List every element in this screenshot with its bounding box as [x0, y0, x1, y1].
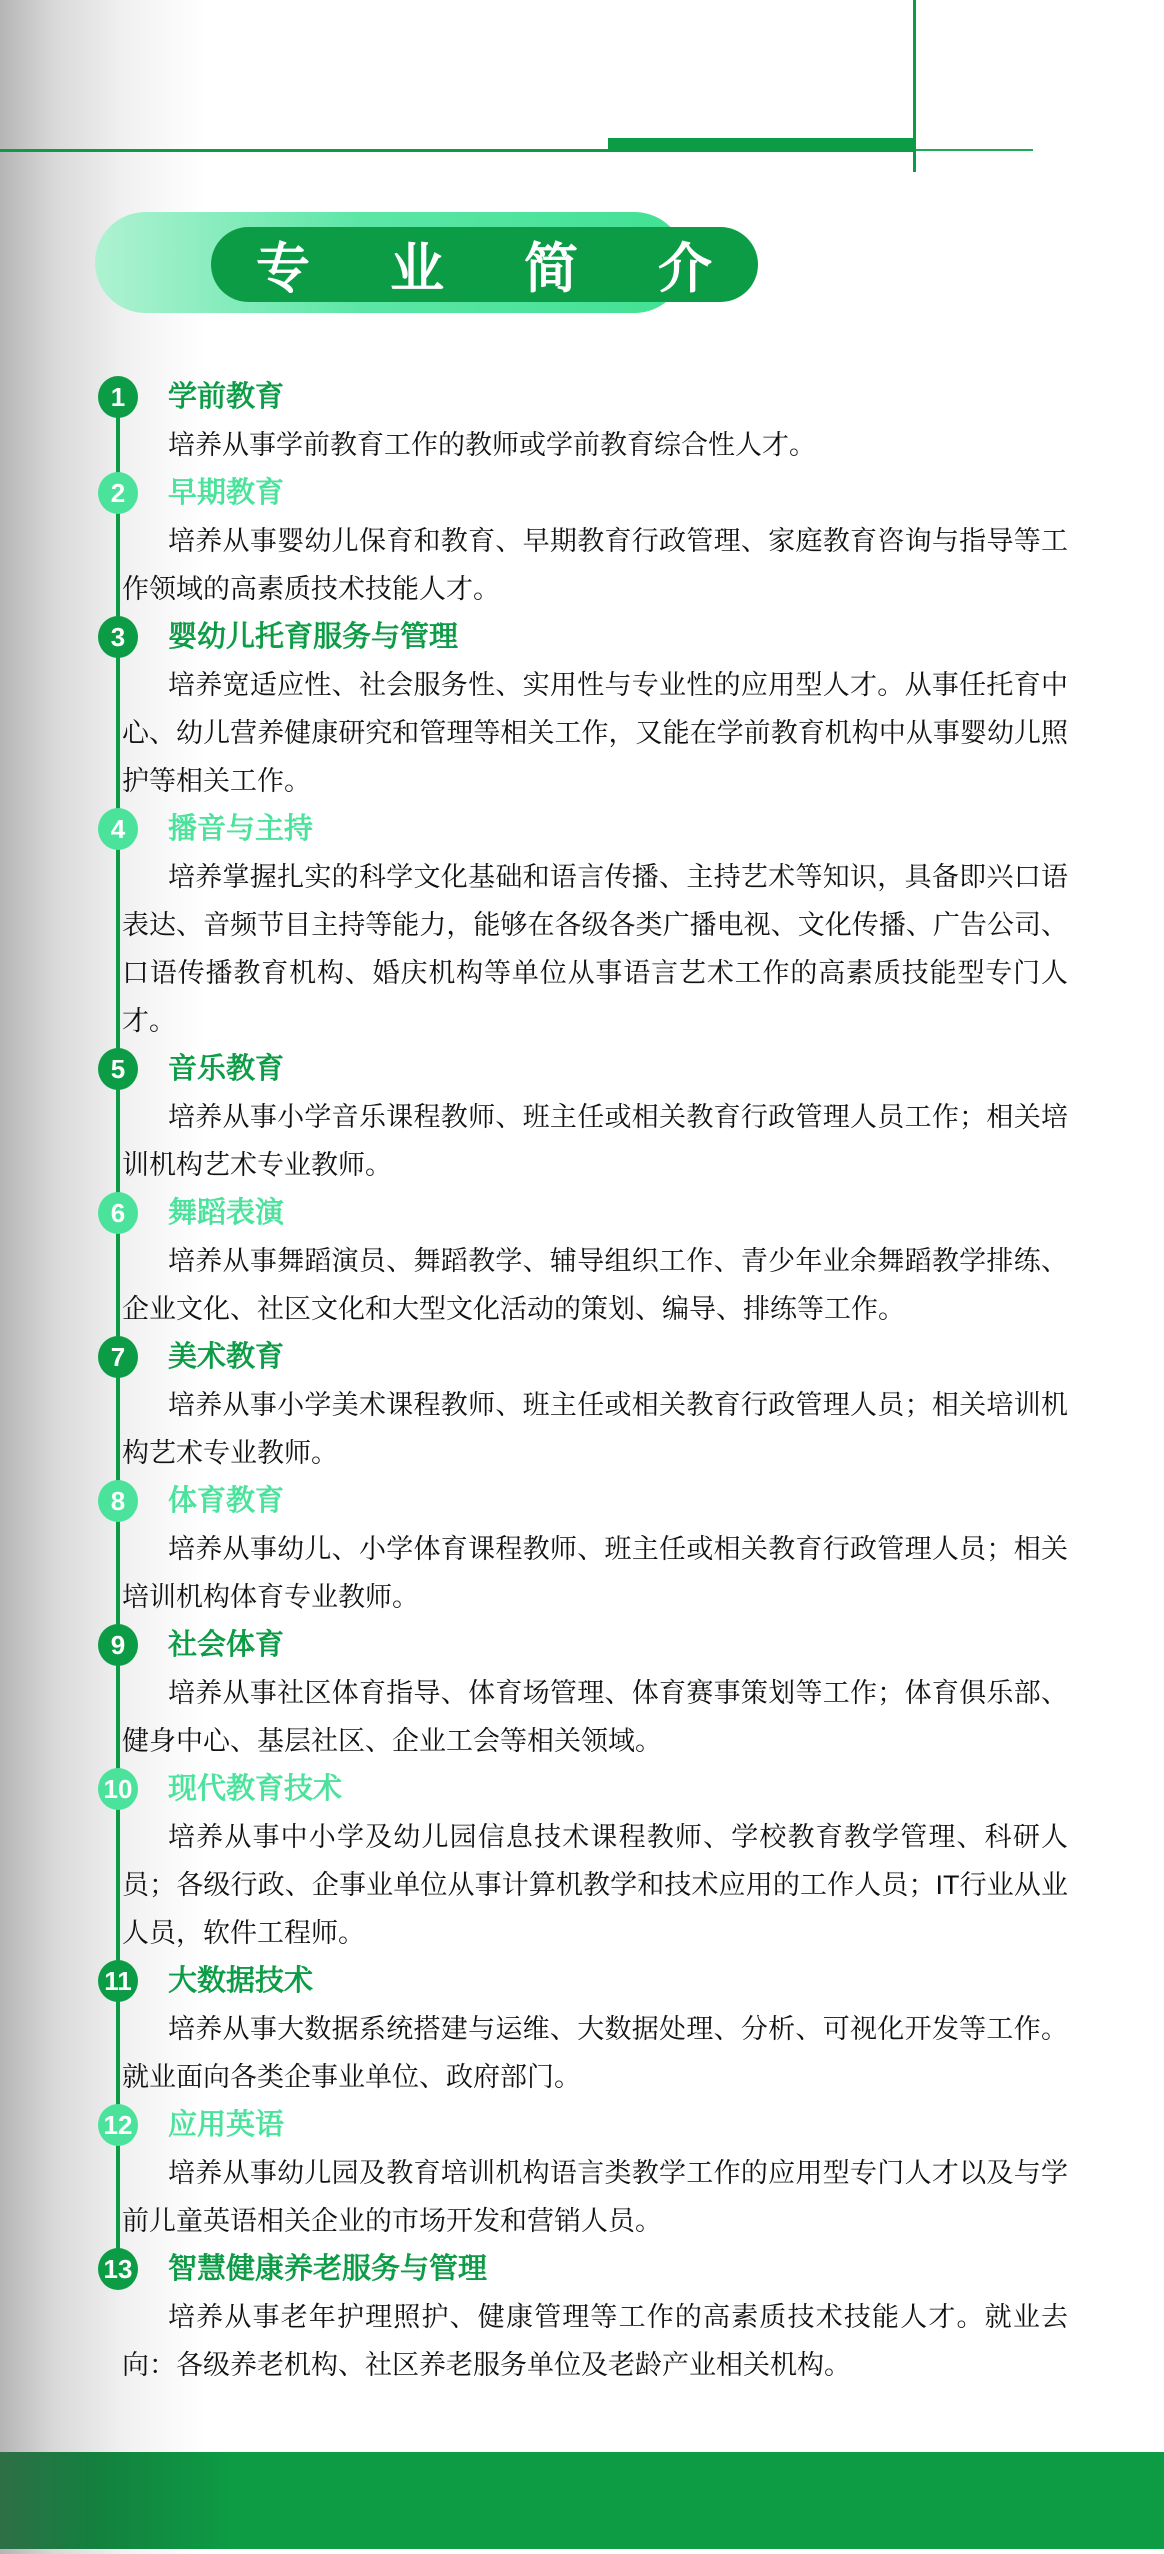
- number-label: 12: [104, 2112, 133, 2138]
- section-title: 专 业 简 介: [256, 226, 725, 303]
- major-title: 大数据技术: [168, 1957, 1068, 2005]
- major-title: 体育教育: [168, 1477, 1068, 1525]
- major-item: 12 应用英语 培养从事幼儿园及教育培训机构语言类教学工作的应用型专门人才以及与…: [122, 2101, 1068, 2245]
- major-description: 培养掌握扎实的科学文化基础和语言传播、主持艺术等知识，具备即兴口语表达、音频节目…: [122, 853, 1068, 1045]
- number-label: 6: [111, 1200, 125, 1226]
- top-right-bar: [608, 138, 916, 152]
- number-badge: 8: [98, 1480, 138, 1522]
- number-badge: 4: [98, 808, 138, 850]
- major-description: 培养从事婴幼儿保育和教育、早期教育行政管理、家庭教育咨询与指导等工作领域的高素质…: [122, 517, 1068, 613]
- major-item: 3 婴幼儿托育服务与管理 培养宽适应性、社会服务性、实用性与专业性的应用型人才。…: [122, 613, 1068, 805]
- major-title: 音乐教育: [168, 1045, 1068, 1093]
- major-item: 10 现代教育技术 培养从事中小学及幼儿园信息技术课程教师、学校教育教学管理、科…: [122, 1765, 1068, 1957]
- major-title: 早期教育: [168, 469, 1068, 517]
- major-item: 4 播音与主持 培养掌握扎实的科学文化基础和语言传播、主持艺术等知识，具备即兴口…: [122, 805, 1068, 1045]
- number-badge: 12: [98, 2104, 138, 2146]
- major-item: 13 智慧健康养老服务与管理 培养从事老年护理照护、健康管理等工作的高素质技术技…: [122, 2245, 1068, 2389]
- section-header: 专 业 简 介: [211, 227, 758, 302]
- major-item: 1 学前教育 培养从事学前教育工作的教师或学前教育综合性人才。: [122, 373, 1068, 469]
- number-label: 2: [111, 480, 125, 506]
- major-description: 培养从事幼儿园及教育培训机构语言类教学工作的应用型专门人才以及与学前儿童英语相关…: [122, 2149, 1068, 2245]
- bottom-band: [0, 2452, 1164, 2549]
- number-label: 1: [111, 384, 125, 410]
- major-title: 社会体育: [168, 1621, 1068, 1669]
- major-item: 7 美术教育 培养从事小学美术课程教师、班主任或相关教育行政管理人员；相关培训机…: [122, 1333, 1068, 1477]
- major-item: 11 大数据技术 培养从事大数据系统搭建与运维、大数据处理、分析、可视化开发等工…: [122, 1957, 1068, 2101]
- number-label: 5: [111, 1056, 125, 1082]
- number-label: 7: [111, 1344, 125, 1370]
- major-item: 2 早期教育 培养从事婴幼儿保育和教育、早期教育行政管理、家庭教育咨询与指导等工…: [122, 469, 1068, 613]
- major-item: 8 体育教育 培养从事幼儿、小学体育课程教师、班主任或相关教育行政管理人员；相关…: [122, 1477, 1068, 1621]
- number-badge: 7: [98, 1336, 138, 1378]
- top-vertical-rule: [913, 0, 916, 172]
- number-label: 8: [111, 1488, 125, 1514]
- number-badge: 1: [98, 376, 138, 418]
- major-title: 播音与主持: [168, 805, 1068, 853]
- number-label: 4: [111, 816, 125, 842]
- page: 专 业 简 介 1 学前教育 培养从事学前教育工作的教师或学前教育综合性人才。 …: [0, 0, 1164, 2554]
- top-right-rule: [916, 149, 1033, 151]
- number-badge: 10: [98, 1768, 138, 1810]
- number-badge: 3: [98, 616, 138, 658]
- major-title: 婴幼儿托育服务与管理: [168, 613, 1068, 661]
- major-item: 6 舞蹈表演 培养从事舞蹈演员、舞蹈教学、辅导组织工作、青少年业余舞蹈教学排练、…: [122, 1189, 1068, 1333]
- major-description: 培养从事学前教育工作的教师或学前教育综合性人才。: [122, 421, 1068, 469]
- major-description: 培养从事幼儿、小学体育课程教师、班主任或相关教育行政管理人员；相关培训机构体育专…: [122, 1525, 1068, 1621]
- number-badge: 2: [98, 472, 138, 514]
- major-description: 培养从事小学音乐课程教师、班主任或相关教育行政管理人员工作；相关培训机构艺术专业…: [122, 1093, 1068, 1189]
- major-item: 5 音乐教育 培养从事小学音乐课程教师、班主任或相关教育行政管理人员工作；相关培…: [122, 1045, 1068, 1189]
- number-badge: 11: [98, 1960, 138, 2002]
- major-description: 培养从事社区体育指导、体育场管理、体育赛事策划等工作；体育俱乐部、健身中心、基层…: [122, 1669, 1068, 1765]
- major-title: 智慧健康养老服务与管理: [168, 2245, 1068, 2293]
- number-label: 11: [104, 1968, 132, 1994]
- number-label: 13: [104, 2256, 133, 2282]
- major-description: 培养从事大数据系统搭建与运维、大数据处理、分析、可视化开发等工作。就业面向各类企…: [122, 2005, 1068, 2101]
- number-badge: 9: [98, 1624, 138, 1666]
- major-title: 应用英语: [168, 2101, 1068, 2149]
- major-title: 学前教育: [168, 373, 1068, 421]
- major-title: 美术教育: [168, 1333, 1068, 1381]
- number-label: 10: [104, 1776, 133, 1802]
- number-badge: 13: [98, 2248, 138, 2290]
- major-description: 培养从事中小学及幼儿园信息技术课程教师、学校教育教学管理、科研人员；各级行政、企…: [122, 1813, 1068, 1957]
- major-item: 9 社会体育 培养从事社区体育指导、体育场管理、体育赛事策划等工作；体育俱乐部、…: [122, 1621, 1068, 1765]
- major-title: 舞蹈表演: [168, 1189, 1068, 1237]
- number-badge: 6: [98, 1192, 138, 1234]
- major-description: 培养宽适应性、社会服务性、实用性与专业性的应用型人才。从事任托育中心、幼儿营养健…: [122, 661, 1068, 805]
- major-description: 培养从事老年护理照护、健康管理等工作的高素质技术技能人才。就业去向：各级养老机构…: [122, 2293, 1068, 2389]
- number-label: 9: [111, 1632, 125, 1658]
- top-left-rule: [0, 149, 608, 152]
- number-badge: 5: [98, 1048, 138, 1090]
- number-label: 3: [111, 624, 125, 650]
- major-title: 现代教育技术: [168, 1765, 1068, 1813]
- major-description: 培养从事小学美术课程教师、班主任或相关教育行政管理人员；相关培训机构艺术专业教师…: [122, 1381, 1068, 1477]
- major-description: 培养从事舞蹈演员、舞蹈教学、辅导组织工作、青少年业余舞蹈教学排练、企业文化、社区…: [122, 1237, 1068, 1333]
- items-list: 1 学前教育 培养从事学前教育工作的教师或学前教育综合性人才。 2 早期教育 培…: [122, 373, 1068, 2389]
